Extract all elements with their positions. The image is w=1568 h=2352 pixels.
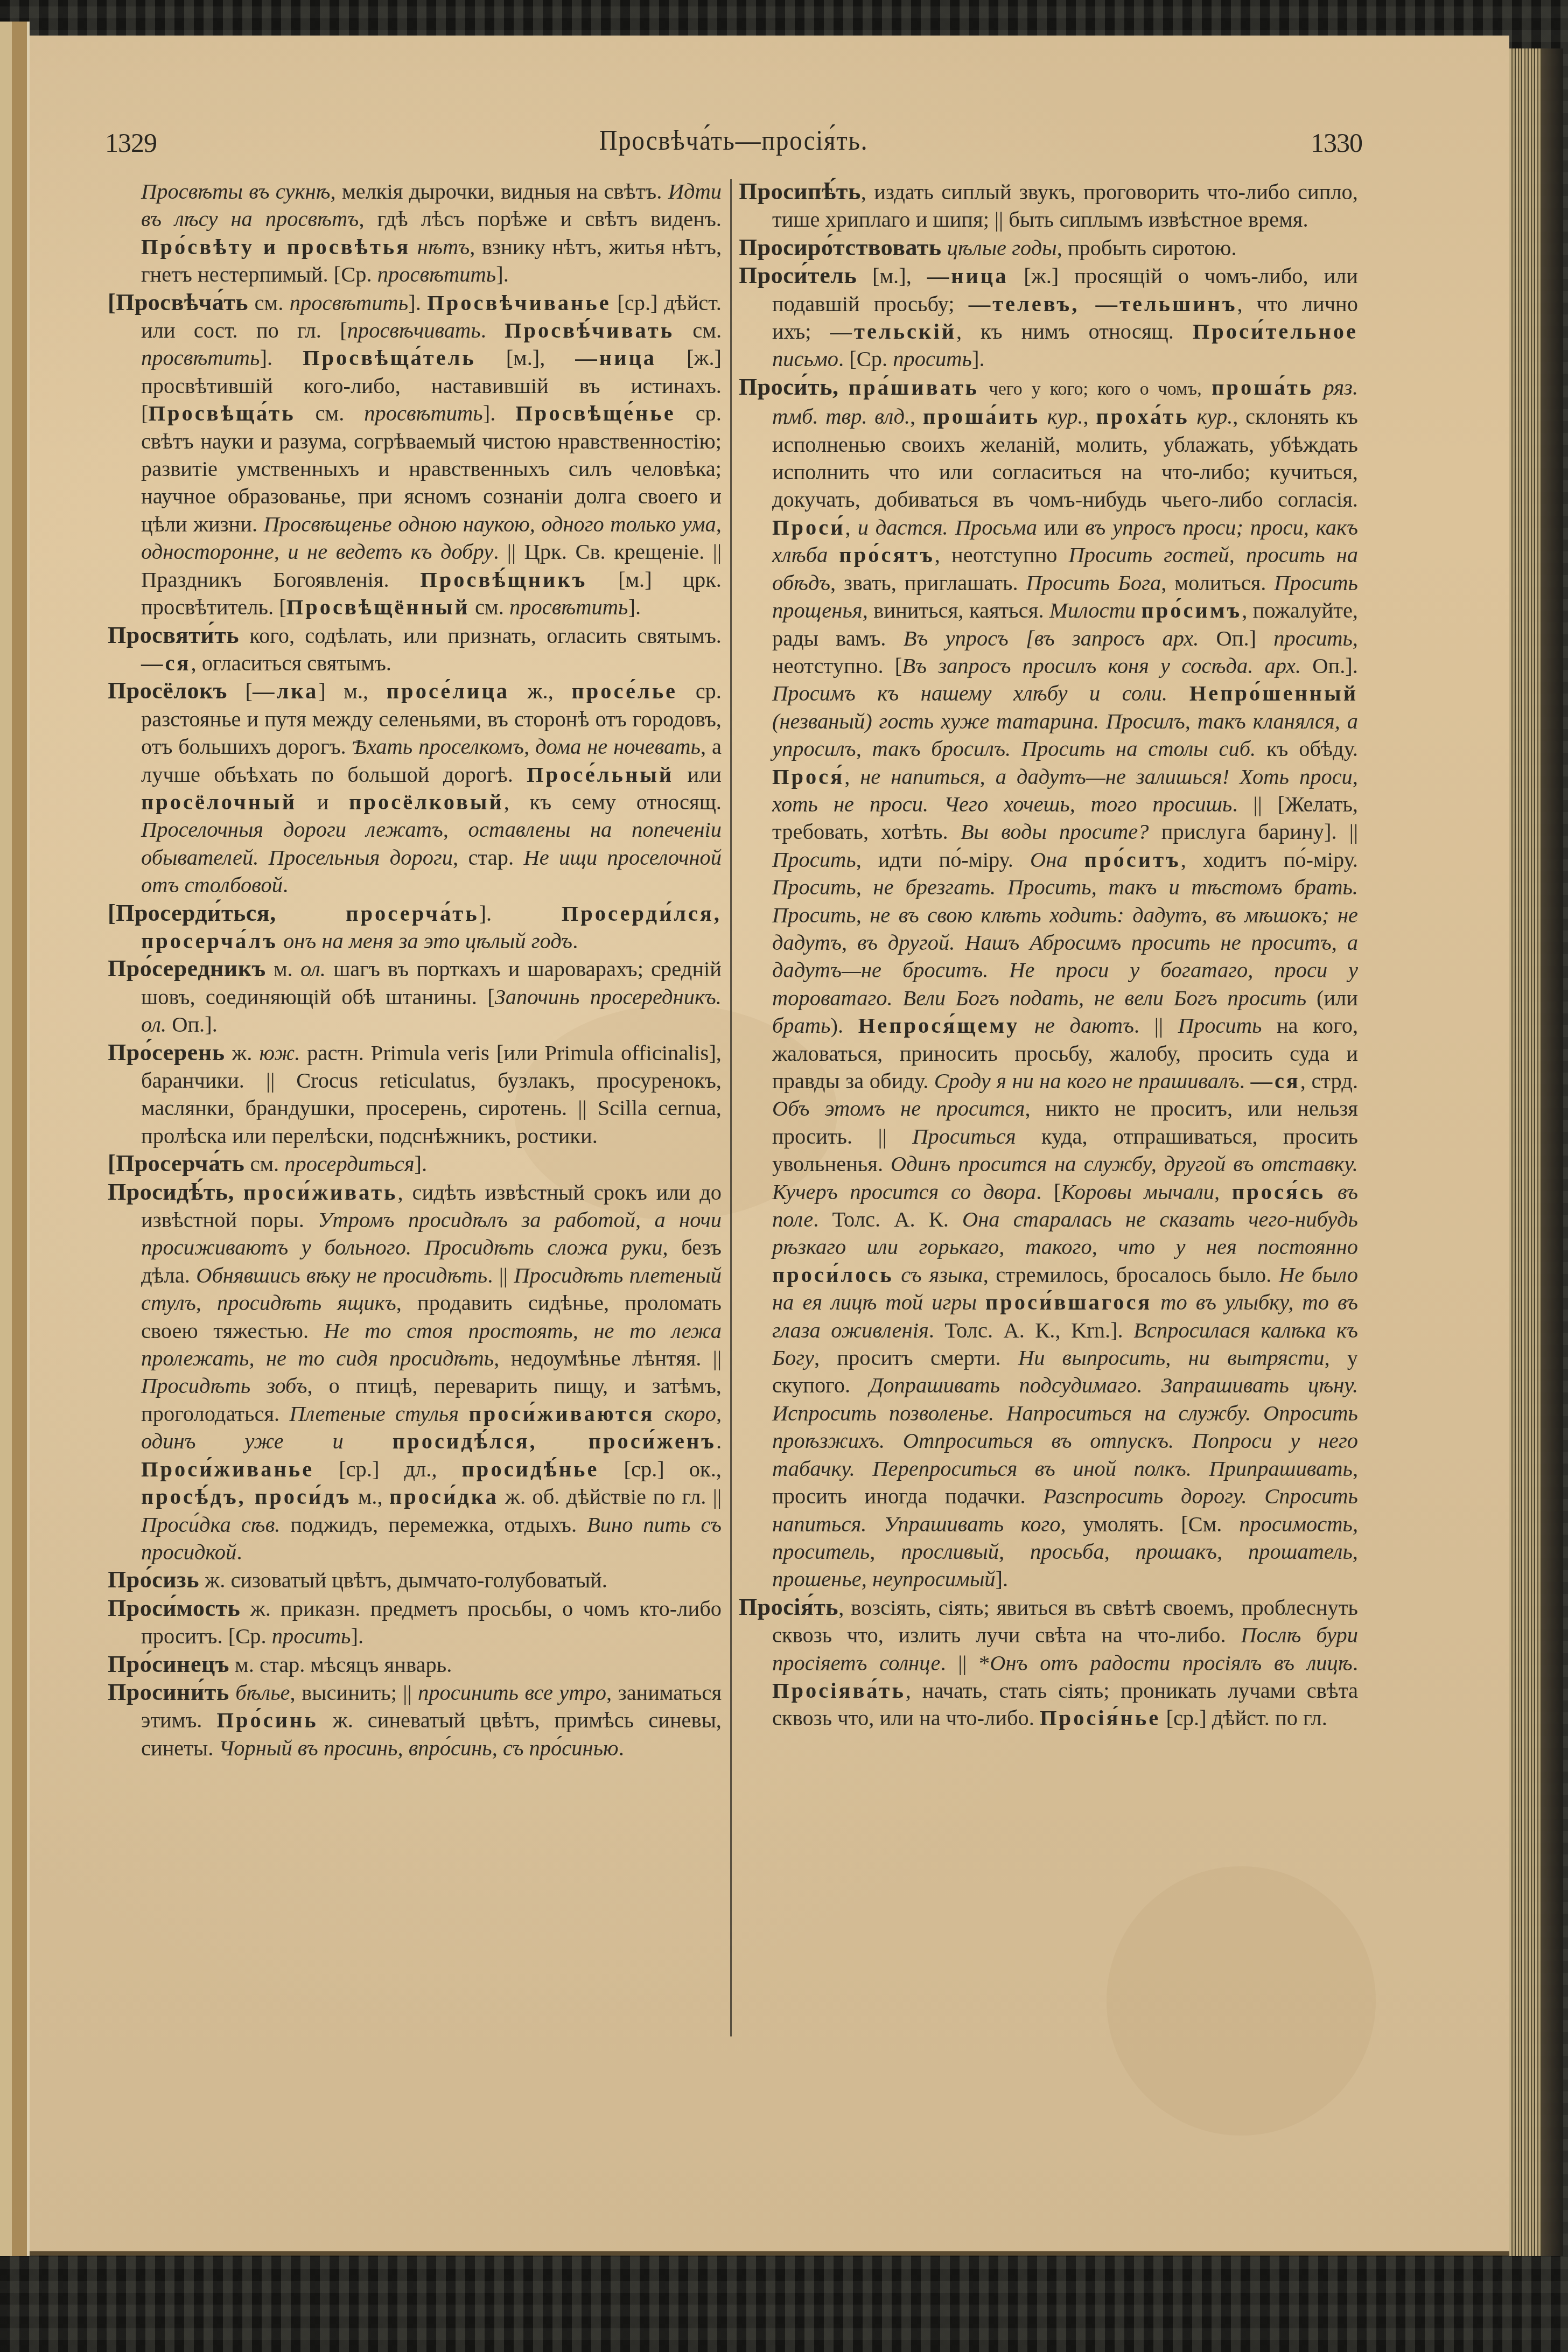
example-italic: Плетеные стулья [290,1402,459,1426]
definition-text: , умолять. [См. [1060,1512,1239,1536]
definition-text [1313,375,1324,400]
example-italic: Объ этомъ не просится [772,1096,1025,1121]
headword: Проси́ть, [739,374,838,400]
headword: Про́синецъ [108,1651,229,1677]
definition-text: м. [266,957,300,981]
definition-text: , мелкія дырочки, видныя на свѣтъ. [331,179,668,204]
definition-text: , идти по́-міру. [856,848,1030,872]
definition-text: ]. [996,1567,1009,1591]
example-italic: Просить [772,848,856,872]
example-italic: просвѣтить [377,262,496,286]
definition-text [1208,737,1219,761]
definition-text: ж. [225,1041,259,1065]
definition-text: , ходитъ по́-міру. [1181,848,1358,872]
example-italic: Ѣхать проселкомъ, дома не ночевать [352,734,701,759]
definition-text: . [619,1736,624,1760]
definition-text [1152,1290,1160,1314]
definition-text: , гдѣ лѣсъ порѣже и свѣтъ виденъ. [359,207,722,231]
definition-text: ] м., [318,679,387,703]
example-italic: нѣтъ [417,235,470,259]
dictionary-entry: Просёлокъ [—лка] м., просе́лица ж., прос… [108,677,722,899]
definition-text [1202,375,1212,400]
example-italic: просить [272,1624,351,1648]
left-page-number: 1329 [105,127,157,158]
definition-text: , высинить; || [290,1681,418,1705]
definition-text: . [283,873,288,897]
definition-text: , [910,404,923,429]
definition-text: [м.], [857,264,927,288]
example-italic: бѣлье [235,1681,290,1705]
example-italic: Обнявшись вѣку не просидѣть [196,1263,487,1287]
sub-headword: просидѣ́лся, проси́женъ [393,1429,716,1453]
definition-text [654,1402,664,1426]
definition-text: ). [831,1013,858,1038]
example-italic: просвѣчивать [347,318,481,342]
dictionary-entry: Про́сизь ж. сизоватый цвѣтъ, дымчато-гол… [108,1566,722,1594]
definition-text [278,929,283,953]
definition-text: поджидъ, перемежка, отдыхъ. [280,1513,587,1537]
definition-text: , [1083,404,1096,429]
definition-text: Оп.]. [166,1012,218,1037]
dictionary-entry: Проси́мость ж. приказн. предметъ просьбы… [108,1594,722,1650]
sub-headword: Проси́живанье [141,1457,314,1481]
definition-text [344,1429,393,1453]
dictionary-entry: Проси́ть, пра́шивать чего у кого; кого о… [739,373,1358,1593]
sub-headword: про́сятъ [839,543,935,567]
definition-text: [ [227,679,253,703]
dictionary-entry: Просидѣ́ть, проси́живать, сидѣть извѣстн… [108,1178,722,1566]
definition-text [894,1263,901,1287]
example-italic: Въ запросъ просилъ коня у сосѣда. арх. [902,654,1301,678]
definition-text: прислуга барину]. || [1149,820,1358,844]
definition-text: ]. [414,1152,427,1176]
sub-headword: просидѣ́нье [462,1457,599,1481]
definition-text: чего у кого; кого о чомъ, [989,379,1202,399]
definition-text: . [716,1429,722,1453]
running-title: Просвѣча́ть—просія́ть. [168,125,1300,157]
previous-page-edge [0,22,30,2256]
example-italic: Коровы мычали, [1061,1180,1220,1204]
sub-headword: —тельскій [830,319,956,344]
definition-text: . [1240,1069,1251,1093]
headword: Проси́мость [108,1595,240,1621]
definition-text: м., [351,1485,389,1509]
sub-headword: проси́живать [243,1180,398,1205]
definition-text: см. [244,1152,284,1176]
definition-text: ]. [408,291,427,315]
sub-headword: Просвѣще́нье [515,401,675,425]
dictionary-entry: Просини́ть бѣлье, высинить; || просинить… [108,1678,722,1762]
definition-text [276,901,346,926]
example-italic: Онъ отъ радости просіялъ въ лицѣ [990,1651,1353,1675]
sub-headword: Непро́шенный [1189,681,1358,705]
sub-headword: прося́сь [1232,1180,1325,1204]
sub-headword: Просвѣща́тель [303,346,476,370]
headword: Просія́ть [739,1594,838,1620]
definition-text: [м.], [476,346,576,370]
definition-text: . [572,929,578,953]
definition-text: Оп.] [1199,626,1273,650]
definition-text: ж., [509,679,571,703]
definition-text [828,543,839,567]
definition-text: , стрд. [1300,1069,1358,1093]
example-italic: Въ упросъ [въ запросъ арх. [904,626,1199,650]
example-italic: Просвѣты въ сукнѣ [141,179,331,204]
definition-text [1220,1180,1232,1204]
dictionary-entry: Проси́тель [м.], —ница [ж.] просящій о ч… [739,262,1358,373]
headword: [Просвѣча́ть [108,289,248,316]
sub-headword: проха́ть [1096,404,1189,429]
sub-headword: Про́синь [216,1708,318,1732]
definition-text: . [481,318,505,342]
definition-text: , недоумѣнье лѣнтяя. || [494,1346,722,1370]
definition-text: см. [296,401,365,425]
example-italic: брать [772,1013,831,1038]
sub-headword: Просвѣ́чивать [505,318,674,342]
running-head: 1329 Просвѣча́ть—просія́ть. 1330 [105,125,1362,163]
definition-text [942,236,947,260]
headword: Просиро́тствовать [739,234,942,261]
dictionary-entry: [Просерди́ться, просерча́ть]. Просерди́л… [108,899,722,955]
definition-text: , проситъ смерти. [814,1346,1018,1370]
definition-text [838,375,849,400]
example-italic: Просить Бога [1026,571,1161,595]
sub-headword: Просвѣща́ть [149,401,296,425]
page-block-edges [1509,48,1542,2256]
definition-text: см. [248,291,290,315]
example-italic: Вы воды просите? [961,820,1149,844]
headword: Про́середникъ [108,955,266,982]
dictionary-entry: [Просерча́ть см. просердиться]. [108,1150,722,1178]
sub-headword: Просіява́ть [772,1678,906,1703]
sub-headword: Просвѣчиванье [427,291,611,315]
example-italic: сѣв. [241,1513,281,1537]
sub-headword: проси́вшагося [985,1290,1152,1314]
definition-text: , звать, приглашать. [830,571,1026,595]
right-page-number: 1330 [1311,127,1362,158]
definition-text: . || [1134,1013,1178,1038]
example-italic: Она [1030,848,1068,872]
left-column: Просвѣты въ сукнѣ, мелкія дырочки, видны… [108,178,722,1762]
example-italic: Проси́дка [141,1513,231,1537]
column-divider [730,179,732,2036]
definition-text [1167,681,1189,705]
definition-text [231,1513,241,1537]
example-italic: кур. [1197,404,1233,429]
right-column: Просипѣ́ть, издать сиплый звукъ, прогово… [739,178,1358,1732]
definition-text: [ср.] дѣйст. по гл. [1160,1706,1327,1730]
sub-headword: проси́живаются [468,1402,654,1426]
definition-text: ж. сизоватый цвѣтъ, дымчато-голубоватый. [199,1568,607,1592]
headword: Просини́ть [108,1679,229,1705]
example-italic: Просить, не брезгать. Просить, такъ и тѣ… [772,875,1358,1010]
headword: Про́сизь [108,1566,199,1593]
definition-text: [ср.] дл., [314,1457,461,1481]
example-italic: просить [1273,626,1353,650]
sub-headword: про́ситъ [1084,848,1181,872]
sub-headword: Просвѣщённый [286,595,470,619]
sub-headword: проша́ть [1212,375,1313,400]
example-italic: Просидѣть зобъ [141,1374,307,1398]
sub-headword: —ница [927,264,1009,288]
example-italic: Чорный въ просинь, впро́синь, съ про́син… [219,1736,618,1760]
definition-text [979,375,989,400]
example-italic: просвѣтить [509,595,628,619]
headword: Просипѣ́ть [739,178,861,205]
definition-text: [ср.] ок., [599,1457,722,1481]
definition-text: . || [487,1263,514,1287]
definition-text: ]. [628,595,641,619]
sub-headword: просёлковый [349,790,504,814]
headword: [Просерча́ть [108,1150,244,1177]
dictionary-entry: Про́серень ж. юж. растн. Primula veris [… [108,1039,722,1150]
example-italic: Милости [1049,598,1136,622]
headword: Просвяти́ть [108,622,239,648]
definition-text: ж. об. дѣйствіе по гл. || [499,1485,722,1509]
sub-headword: проси́дка [389,1485,499,1509]
sub-headword: проша́ить [923,404,1040,429]
definition-text: ]. [260,346,303,370]
example-italic: письмо [772,347,838,371]
example-italic: съ языка [901,1263,983,1287]
dictionary-entry: Просиро́тствовать цѣлые годы, пробыть си… [739,234,1358,262]
definition-text: ]. [972,347,985,371]
headword: Просёлокъ [108,677,227,704]
sub-headword: —телевъ, —тельшинъ [969,292,1237,316]
dictionary-entry: [Просвѣча́ть см. просвѣтить]. Просвѣчива… [108,289,722,621]
sub-headword: про́симъ [1142,598,1242,622]
example-italic: юж. [259,1041,300,1065]
definition-text: къ обѣду. [1256,737,1358,761]
definition-text [977,1290,985,1314]
definition-text [459,1402,468,1426]
definition-text: (или [1306,986,1358,1010]
example-italic: цѣлые годы [947,236,1057,260]
example-italic: сиб. [1219,737,1256,761]
definition-text [410,235,417,259]
sub-headword: Просвѣ́щникъ [420,568,587,592]
definition-text [234,1180,243,1205]
definition-text: . Толс. А. К. [813,1207,962,1231]
definition-text: . [Ср. [838,347,893,371]
definition-text: Оп.]. [1301,654,1358,678]
definition-text [229,1681,235,1705]
example-italic: просвѣтить [141,346,260,370]
example-italic: просвѣтить [364,401,483,425]
definition-text [1325,1180,1338,1204]
sub-headword: —лка [253,679,318,703]
sub-headword: Проси́тельное [1193,319,1358,344]
definition-text [1019,1013,1034,1038]
definition-text: . || * [940,1651,990,1675]
definition-text [1136,598,1142,622]
definition-text: . Толс. А. К., Krn.]. [929,1318,1133,1342]
headword: [Просерди́ться, [108,900,276,926]
example-italic: ол. [300,957,326,981]
sub-headword: —ся [1250,1069,1300,1093]
definition-text [1068,848,1084,872]
definition-text [1189,404,1197,429]
sub-headword: —ся [141,651,191,675]
definition-text: или [674,762,722,787]
dictionary-entry: Просія́ть, возсіять, сіять; явиться въ с… [739,1593,1358,1732]
example-italic: Сроду я ни на кого не прашивалъ [934,1069,1240,1093]
headword: Про́серень [108,1039,225,1066]
definition-text: см. [674,318,722,342]
definition-text: или [1037,515,1085,540]
example-italic: и дастся. Просьма [858,515,1037,540]
definition-text: ]. [483,401,516,425]
sub-headword: Просе́льный [527,762,674,787]
definition-text: , [844,765,860,789]
headword: Просидѣ́ть, [108,1179,234,1205]
example-italic: Ни выпросить, ни вытрясти [1018,1346,1325,1370]
sub-headword: —ница [575,346,656,370]
sub-headword: Непрося́щему [858,1013,1019,1038]
definition-text: ]. [351,1624,363,1648]
sub-headword: Просія́нье [1040,1706,1160,1730]
definition-text: ]. [479,901,562,926]
example-italic: просвѣтить [290,291,409,315]
sub-headword: Про́свѣту и просвѣтья [141,235,410,259]
definition-text: ]. [496,262,509,286]
definition-text: , къ нимъ относящ. [956,319,1193,344]
definition-text: . [ [1036,1180,1061,1204]
definition-text: . [1353,1651,1358,1675]
example-italic: кур. [1047,404,1083,429]
sub-headword: Прося́ [772,765,844,789]
sub-headword: просёлочный [141,790,297,814]
definition-text [1040,404,1047,429]
example-italic: Просить [1178,1013,1262,1038]
example-italic: Проситься [912,1124,1016,1149]
sub-headword: пра́шивать [849,375,979,400]
definition-text: , къ сему относящ. [504,790,722,814]
definition-text: кого, содѣлать, или признать, огласить с… [239,624,722,648]
example-italic: онъ на меня за это цѣлый годъ [283,929,572,953]
sub-headword: Проси́ [772,515,845,540]
sub-headword: просе́лица [387,679,509,703]
dictionary-entry: Про́середникъ м. ол. шагъ въ порткахъ и … [108,955,722,1038]
dictionary-entry: Про́синецъ м. стар. мѣсяцъ январь. [108,1650,722,1678]
example-italic: просинить все утро [418,1681,606,1705]
entry-continuation: Просвѣты въ сукнѣ, мелкія дырочки, видны… [108,178,722,289]
sub-headword: просерча́ть [346,901,479,926]
example-italic: Просимъ къ нашему хлѣбу и соли. [772,681,1167,705]
example-italic: просердиться [284,1152,414,1176]
definition-text: , стар. [453,845,523,870]
headword: Проси́тель [739,262,857,289]
definition-text: и [297,790,349,814]
definition-text: . [236,1540,242,1564]
dictionary-entry: Просипѣ́ть, издать сиплый звукъ, прогово… [739,178,1358,234]
definition-text: , виниться, каяться. [863,598,1049,622]
definition-text: , неотступно [935,543,1069,567]
sub-headword: просѣ́дъ, проси́дъ [141,1485,351,1509]
definition-text: , пробыть сиротою. [1057,236,1237,260]
paper-stain [1107,1866,1376,2136]
definition-text: , стремилось, бросалось было. [983,1263,1279,1287]
sub-headword: просе́лье [571,679,677,703]
example-italic: просить [893,347,972,371]
definition-text: , молиться. [1161,571,1274,595]
definition-text: , огласиться святымъ. [191,651,391,675]
example-italic: не даютъ [1034,1013,1134,1038]
definition-text: см. [470,595,509,619]
dictionary-entry: Просвяти́ть кого, содѣлать, или признать… [108,621,722,677]
definition-text: м. стар. мѣсяцъ январь. [229,1653,452,1677]
definition-text: , [845,515,858,540]
sub-headword: проси́лось [772,1263,894,1287]
